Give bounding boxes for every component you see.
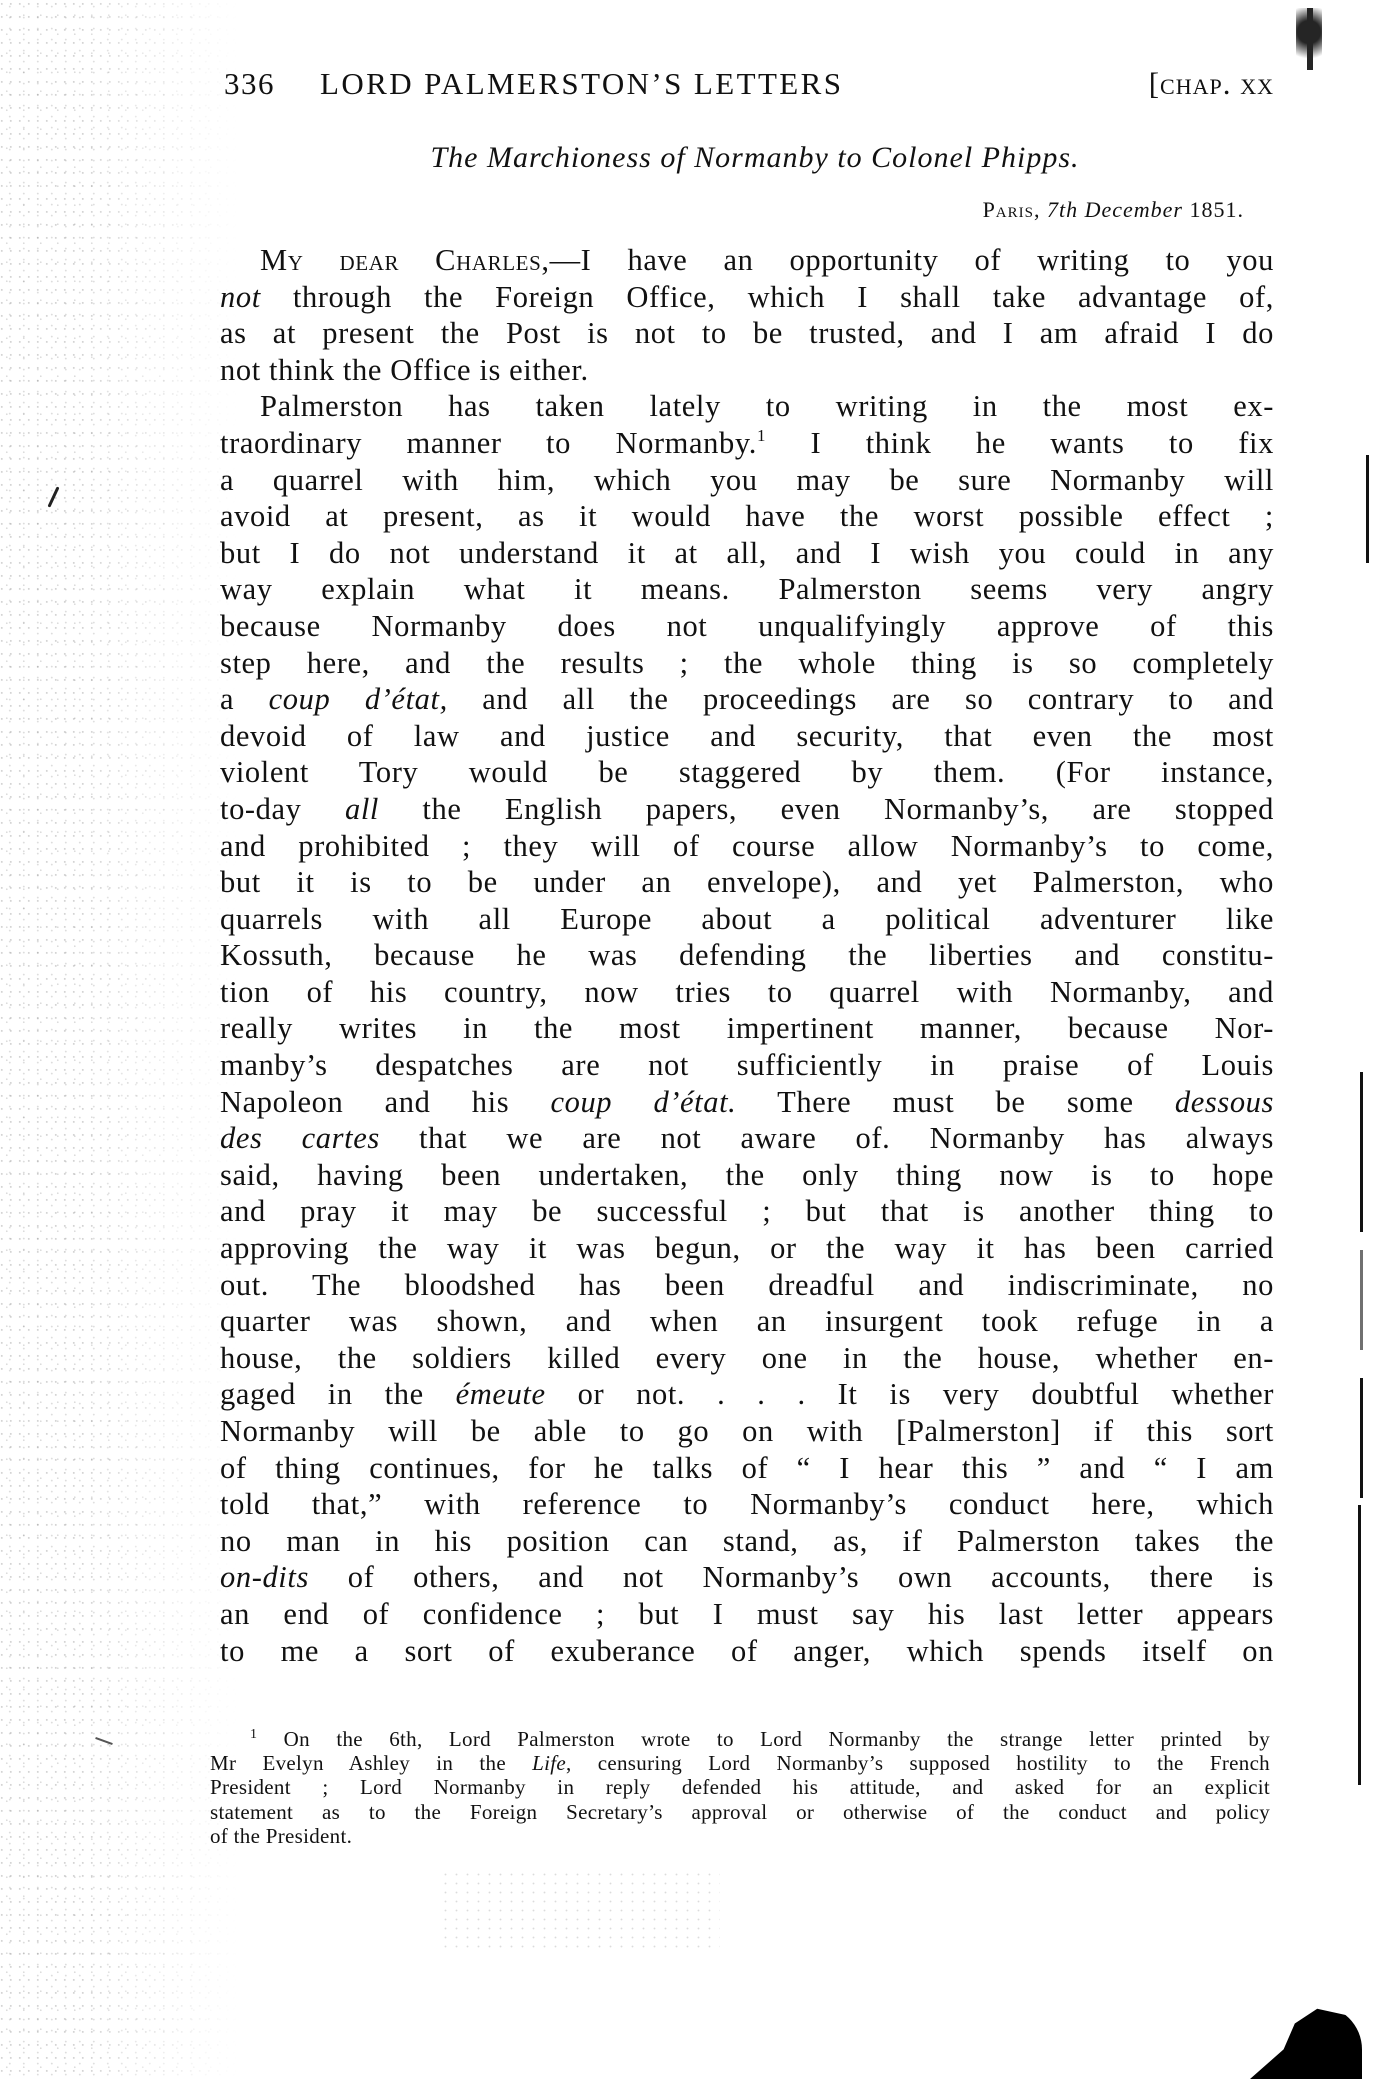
text-run: quarrels with all Europe about a politic… — [220, 902, 1274, 936]
text-run: On the 6th, Lord Palmerston wrote to Lor… — [257, 1727, 1270, 1751]
text-run: of thing continues, for he talks of “ I … — [220, 1451, 1274, 1485]
text-run: no man in his position can stand, as, if… — [220, 1524, 1274, 1558]
text-run: tion of his country, now tries to quarre… — [220, 975, 1274, 1009]
text-run: There must be some — [736, 1085, 1174, 1119]
body-line: not think the Office is either. — [220, 352, 1274, 389]
text-run: Palmerston has taken lately to writing i… — [260, 389, 1274, 423]
page-number: 336 — [224, 66, 275, 102]
body-line: approving the way it was begun, or the w… — [220, 1230, 1274, 1267]
book-title: LORD PALMERSTON’S LETTERS — [320, 66, 843, 102]
text-run: Napoleon and his — [220, 1085, 550, 1119]
body-line: told that,” with reference to Normanby’s… — [220, 1486, 1274, 1523]
italic-run: not — [220, 280, 261, 314]
margin-marking-bar — [1366, 455, 1369, 563]
text-run: of others, and not Normanby’s own accoun… — [309, 1560, 1274, 1594]
text-run: to me a sort of exuberance of anger, whi… — [220, 1634, 1274, 1668]
text-run: I think he wants to fix — [766, 426, 1274, 460]
italic-run: coup d’état. — [550, 1085, 736, 1119]
footnote-line: statement as to the Foreign Secretary’s … — [210, 1800, 1270, 1824]
dateline-year: 1851. — [1190, 197, 1245, 222]
top-right-scan-smudge — [1296, 8, 1322, 68]
body-line: of thing continues, for he talks of “ I … — [220, 1450, 1274, 1487]
text-run: quarter was shown, and when an insurgent… — [220, 1304, 1274, 1338]
text-run: through the Foreign Office, which I shal… — [261, 280, 1274, 314]
italic-run: dessous — [1175, 1085, 1274, 1119]
body-line: devoid of law and justice and security, … — [220, 718, 1274, 755]
body-line: but it is to be under an envelope), and … — [220, 864, 1274, 901]
body-line: a coup d’état, and all the proceedings a… — [220, 681, 1274, 718]
body-line: violent Tory would be staggered by them.… — [220, 754, 1274, 791]
text-run: the English papers, even Normanby’s, are… — [379, 792, 1274, 826]
text-run: step here, and the results ; the whole t… — [220, 646, 1274, 680]
body-line: quarrels with all Europe about a politic… — [220, 901, 1274, 938]
body-line: to me a sort of exuberance of anger, whi… — [220, 1633, 1274, 1670]
body-line: an end of confidence ; but I must say hi… — [220, 1596, 1274, 1633]
text-run: or not. . . . It is very doubtful whethe… — [546, 1377, 1274, 1411]
body-line: My dear Charles,—I have an opportunity o… — [220, 242, 1274, 279]
bottom-scan-speckle — [440, 1870, 720, 1950]
text-run: and prohibited ; they will of course all… — [220, 829, 1274, 863]
text-run: Normanby will be able to go on with [Pal… — [220, 1414, 1274, 1448]
margin-marking-bar — [1360, 1250, 1363, 1350]
italic-run: coup d’état, — [269, 682, 448, 716]
text-run: a — [220, 682, 269, 716]
text-run: not think the Office is either. — [220, 353, 589, 387]
body-line: manby’s despatches are not sufficiently … — [220, 1047, 1274, 1084]
body-line: not through the Foreign Office, which I … — [220, 279, 1274, 316]
text-run: way explain what it means. Palmerston se… — [220, 572, 1274, 606]
salutation: My dear Charles, — [260, 243, 550, 277]
text-run: an end of confidence ; but I must say hi… — [220, 1597, 1274, 1631]
text-run: really writes in the most impertinent ma… — [220, 1011, 1274, 1045]
body-line: traordinary manner to Normanby.1 I think… — [220, 425, 1274, 462]
text-run: house, the soldiers killed every one in … — [220, 1341, 1274, 1375]
body-line: step here, and the results ; the whole t… — [220, 645, 1274, 682]
footnote: 1 On the 6th, Lord Palmerston wrote to L… — [210, 1727, 1270, 1848]
chapter-label: [chap. xx — [1149, 66, 1274, 102]
text-run: statement as to the Foreign Secretary’s … — [210, 1800, 1270, 1824]
body-line: really writes in the most impertinent ma… — [220, 1010, 1274, 1047]
text-run: to-day — [220, 792, 345, 826]
body-line: tion of his country, now tries to quarre… — [220, 974, 1274, 1011]
footnote-reference: 1 — [757, 426, 766, 445]
text-run: violent Tory would be staggered by them.… — [220, 755, 1274, 789]
text-run: Kossuth, because he was defending the li… — [220, 938, 1274, 972]
margin-marking-bar — [1360, 1072, 1363, 1232]
text-run: and pray it may be successful ; but that… — [220, 1194, 1274, 1228]
body-line: Normanby will be able to go on with [Pal… — [220, 1413, 1274, 1450]
text-run: Mr Evelyn Ashley in the — [210, 1751, 532, 1775]
margin-marking-bar — [1360, 1378, 1363, 1498]
left-margin-scan-noise — [0, 0, 240, 2079]
body-line: quarter was shown, and when an insurgent… — [220, 1303, 1274, 1340]
body-line: to-day all the English papers, even Norm… — [220, 791, 1274, 828]
text-run: said, having been undertaken, the only t… — [220, 1158, 1274, 1192]
italic-run: all — [345, 792, 379, 826]
text-run: , censuring Lord Normanby’s supposed hos… — [566, 1751, 1270, 1775]
italic-run: émeute — [456, 1377, 546, 1411]
body-line: as at present the Post is not to be trus… — [220, 315, 1274, 352]
body-line: on-dits of others, and not Normanby’s ow… — [220, 1559, 1274, 1596]
body-line: and pray it may be successful ; but that… — [220, 1193, 1274, 1230]
body-line: Palmerston has taken lately to writing i… — [220, 388, 1274, 425]
body-line: avoid at present, as it would have the w… — [220, 498, 1274, 535]
text-run: traordinary manner to Normanby. — [220, 426, 757, 460]
text-run: because Normanby does not unqualifyingly… — [220, 609, 1274, 643]
text-run: —I have an opportunity of writing to you — [550, 243, 1274, 277]
bottom-right-thumb-blot — [1250, 2005, 1362, 2079]
body-line: Kossuth, because he was defending the li… — [220, 937, 1274, 974]
body-line: way explain what it means. Palmerston se… — [220, 571, 1274, 608]
letter-heading: The Marchioness of Normanby to Colonel P… — [216, 140, 1274, 176]
text-run: that we are not aware of. Normanby has a… — [380, 1121, 1274, 1155]
body-line: but I do not understand it at all, and I… — [220, 535, 1274, 572]
text-run: devoid of law and justice and security, … — [220, 719, 1274, 753]
margin-marking-bar — [1358, 1505, 1361, 1785]
text-run: but it is to be under an envelope), and … — [220, 865, 1274, 899]
footnote-line: 1 On the 6th, Lord Palmerston wrote to L… — [210, 1727, 1270, 1751]
text-run: a quarrel with him, which you may be sur… — [220, 463, 1274, 497]
text-run: and all the proceedings are so contrary … — [448, 682, 1274, 716]
body-line: and prohibited ; they will of course all… — [220, 828, 1274, 865]
body-line: Napoleon and his coup d’état. There must… — [220, 1084, 1274, 1121]
footnote-line: President ; Lord Normanby in reply defen… — [210, 1775, 1270, 1799]
body-line: said, having been undertaken, the only t… — [220, 1157, 1274, 1194]
body-line: out. The bloodshed has been dreadful and… — [220, 1267, 1274, 1304]
text-run: as at present the Post is not to be trus… — [220, 316, 1274, 350]
text-run: told that,” with reference to Normanby’s… — [220, 1487, 1274, 1521]
text-run: out. The bloodshed has been dreadful and… — [220, 1268, 1274, 1302]
body-line: des cartes that we are not aware of. Nor… — [220, 1120, 1274, 1157]
body-line: house, the soldiers killed every one in … — [220, 1340, 1274, 1377]
italic-run: des cartes — [220, 1121, 380, 1155]
dateline-date: 7th December — [1047, 197, 1183, 222]
body-line: a quarrel with him, which you may be sur… — [220, 462, 1274, 499]
body-line: no man in his position can stand, as, if… — [220, 1523, 1274, 1560]
text-run: avoid at present, as it would have the w… — [220, 499, 1274, 533]
text-run: but I do not understand it at all, and I… — [220, 536, 1274, 570]
letter-body: My dear Charles,—I have an opportunity o… — [220, 242, 1274, 1669]
italic-run: Life — [532, 1751, 566, 1775]
dateline-place: Paris, — [983, 197, 1041, 222]
text-run: President ; Lord Normanby in reply defen… — [210, 1775, 1270, 1799]
letter-dateline: Paris, 7th December 1851. — [983, 196, 1244, 224]
text-run: gaged in the — [220, 1377, 456, 1411]
footnote-line: of the President. — [210, 1824, 1270, 1848]
text-run: manby’s despatches are not sufficiently … — [220, 1048, 1274, 1082]
body-line: because Normanby does not unqualifyingly… — [220, 608, 1274, 645]
footnote-line: Mr Evelyn Ashley in the Life, censuring … — [210, 1751, 1270, 1775]
text-run: approving the way it was begun, or the w… — [220, 1231, 1274, 1265]
text-run: of the President. — [210, 1824, 352, 1848]
body-line: gaged in the émeute or not. . . . It is … — [220, 1376, 1274, 1413]
running-head: 336 LORD PALMERSTON’S LETTERS [chap. xx — [224, 66, 1274, 102]
italic-run: on-dits — [220, 1560, 309, 1594]
